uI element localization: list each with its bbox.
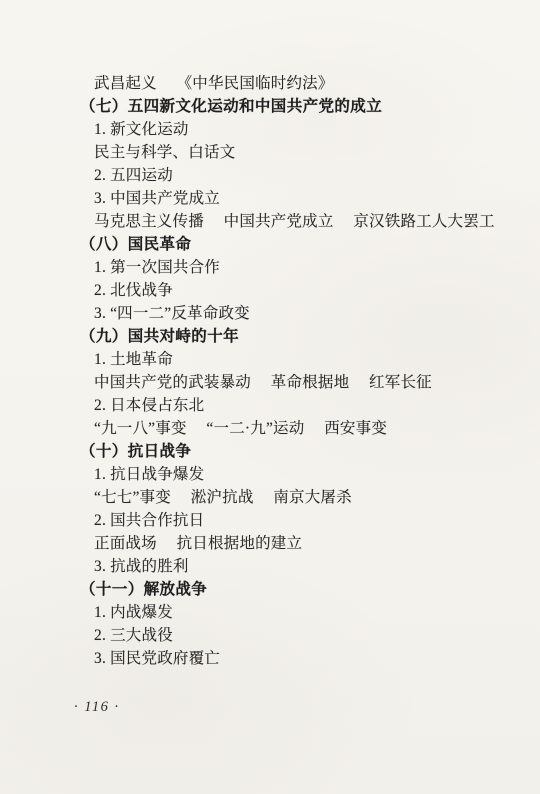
section-heading: （七）五四新文化运动和中国共产党的成立 [0,95,540,118]
list-item: 2. 日本侵占东北 [0,394,540,417]
keyword-line: 马克思主义传播 中国共产党成立 京汉铁路工人大罢工 [0,210,540,233]
list-item: 1. 抗日战争爆发 [0,463,540,486]
list-item: 2. 五四运动 [0,164,540,187]
keyword-line: 正面战场 抗日根据地的建立 [0,532,540,555]
list-item: 1. 内战爆发 [0,601,540,624]
list-item: 2. 国共合作抗日 [0,509,540,532]
keyword-line: 中国共产党的武装暴动 革命根据地 红军长征 [0,371,540,394]
list-item: 3. 中国共产党成立 [0,187,540,210]
keyword-line: 民主与科学、白话文 [0,141,540,164]
list-item: 1. 土地革命 [0,348,540,371]
section-heading: （十一）解放战争 [0,578,540,601]
list-item: 1. 新文化运动 [0,118,540,141]
list-item: 3. 抗战的胜利 [0,555,540,578]
list-item: 3. 国民党政府覆亡 [0,647,540,670]
section-heading: （八）国民革命 [0,233,540,256]
page-number: · 116 · [74,699,120,716]
section-heading: （九）国共对峙的十年 [0,325,540,348]
section-heading: （十）抗日战争 [0,440,540,463]
outline-text-block: 武昌起义 《中华民国临时约法》 （七）五四新文化运动和中国共产党的成立 1. 新… [0,72,540,670]
list-item: 1. 第一次国共合作 [0,256,540,279]
keyword-line: “七七”事变 淞沪抗战 南京大屠杀 [0,486,540,509]
scanned-book-page: 武昌起义 《中华民国临时约法》 （七）五四新文化运动和中国共产党的成立 1. 新… [0,0,540,794]
list-item: 2. 北伐战争 [0,279,540,302]
list-item: 3. “四一二”反革命政变 [0,302,540,325]
keyword-line: “九一八”事变 “一二·九”运动 西安事变 [0,417,540,440]
keyword-line: 武昌起义 《中华民国临时约法》 [0,72,540,95]
list-item: 2. 三大战役 [0,624,540,647]
